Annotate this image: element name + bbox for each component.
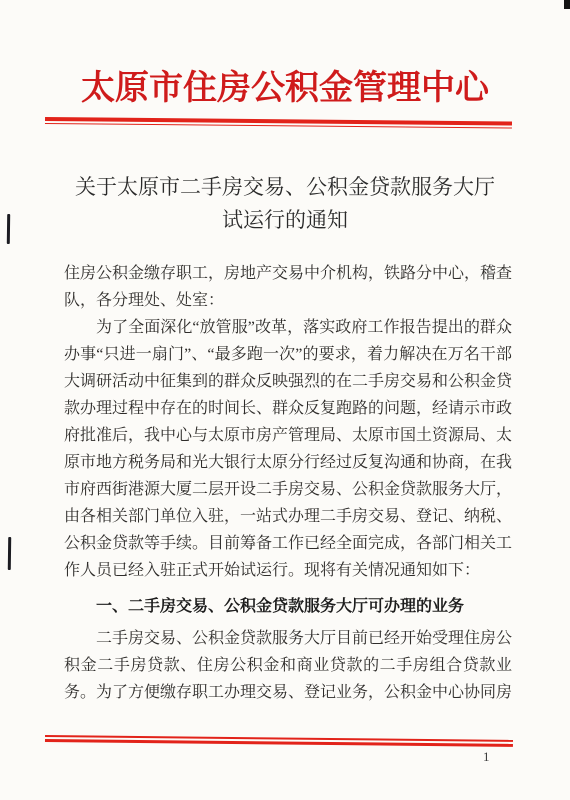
document-page: 太原市住房公积金管理中心 关于太原市二手房交易、公积金贷款服务大厅 试运行的通知… [0, 0, 570, 800]
letterhead-rule [45, 117, 512, 128]
salutation: 住房公积金缴存职工，房地产交易中介机构，铁路分中心，稽查队，各分理处、处室： [64, 260, 512, 314]
paragraph-2: 二手房交易、公积金贷款服务大厅目前已经开始受理住房公积金二手房贷款、住房公积金和… [64, 625, 512, 706]
document-title-line1: 关于太原市二手房交易、公积金贷款服务大厅 [0, 171, 570, 204]
document-body: 住房公积金缴存职工，房地产交易中介机构，铁路分中心，稽查队，各分理处、处室： 为… [64, 260, 512, 706]
binding-mark-bottom [8, 537, 11, 570]
paragraph-1: 为了全面深化“放管服”改革，落实政府工作报告提出的群众办事“只进一扇门”、“最多… [64, 314, 512, 584]
document-title-line2: 试运行的通知 [0, 204, 570, 237]
scan-corner-artifact [564, 0, 570, 9]
letterhead-org-name: 太原市住房公积金管理中心 [0, 60, 570, 109]
footer-rule [45, 735, 513, 747]
section-heading-1: 一、二手房交易、公积金贷款服务大厅可办理的业务 [64, 593, 512, 620]
document-title: 关于太原市二手房交易、公积金贷款服务大厅 试运行的通知 [0, 171, 570, 237]
page-number: 1 [483, 749, 490, 765]
